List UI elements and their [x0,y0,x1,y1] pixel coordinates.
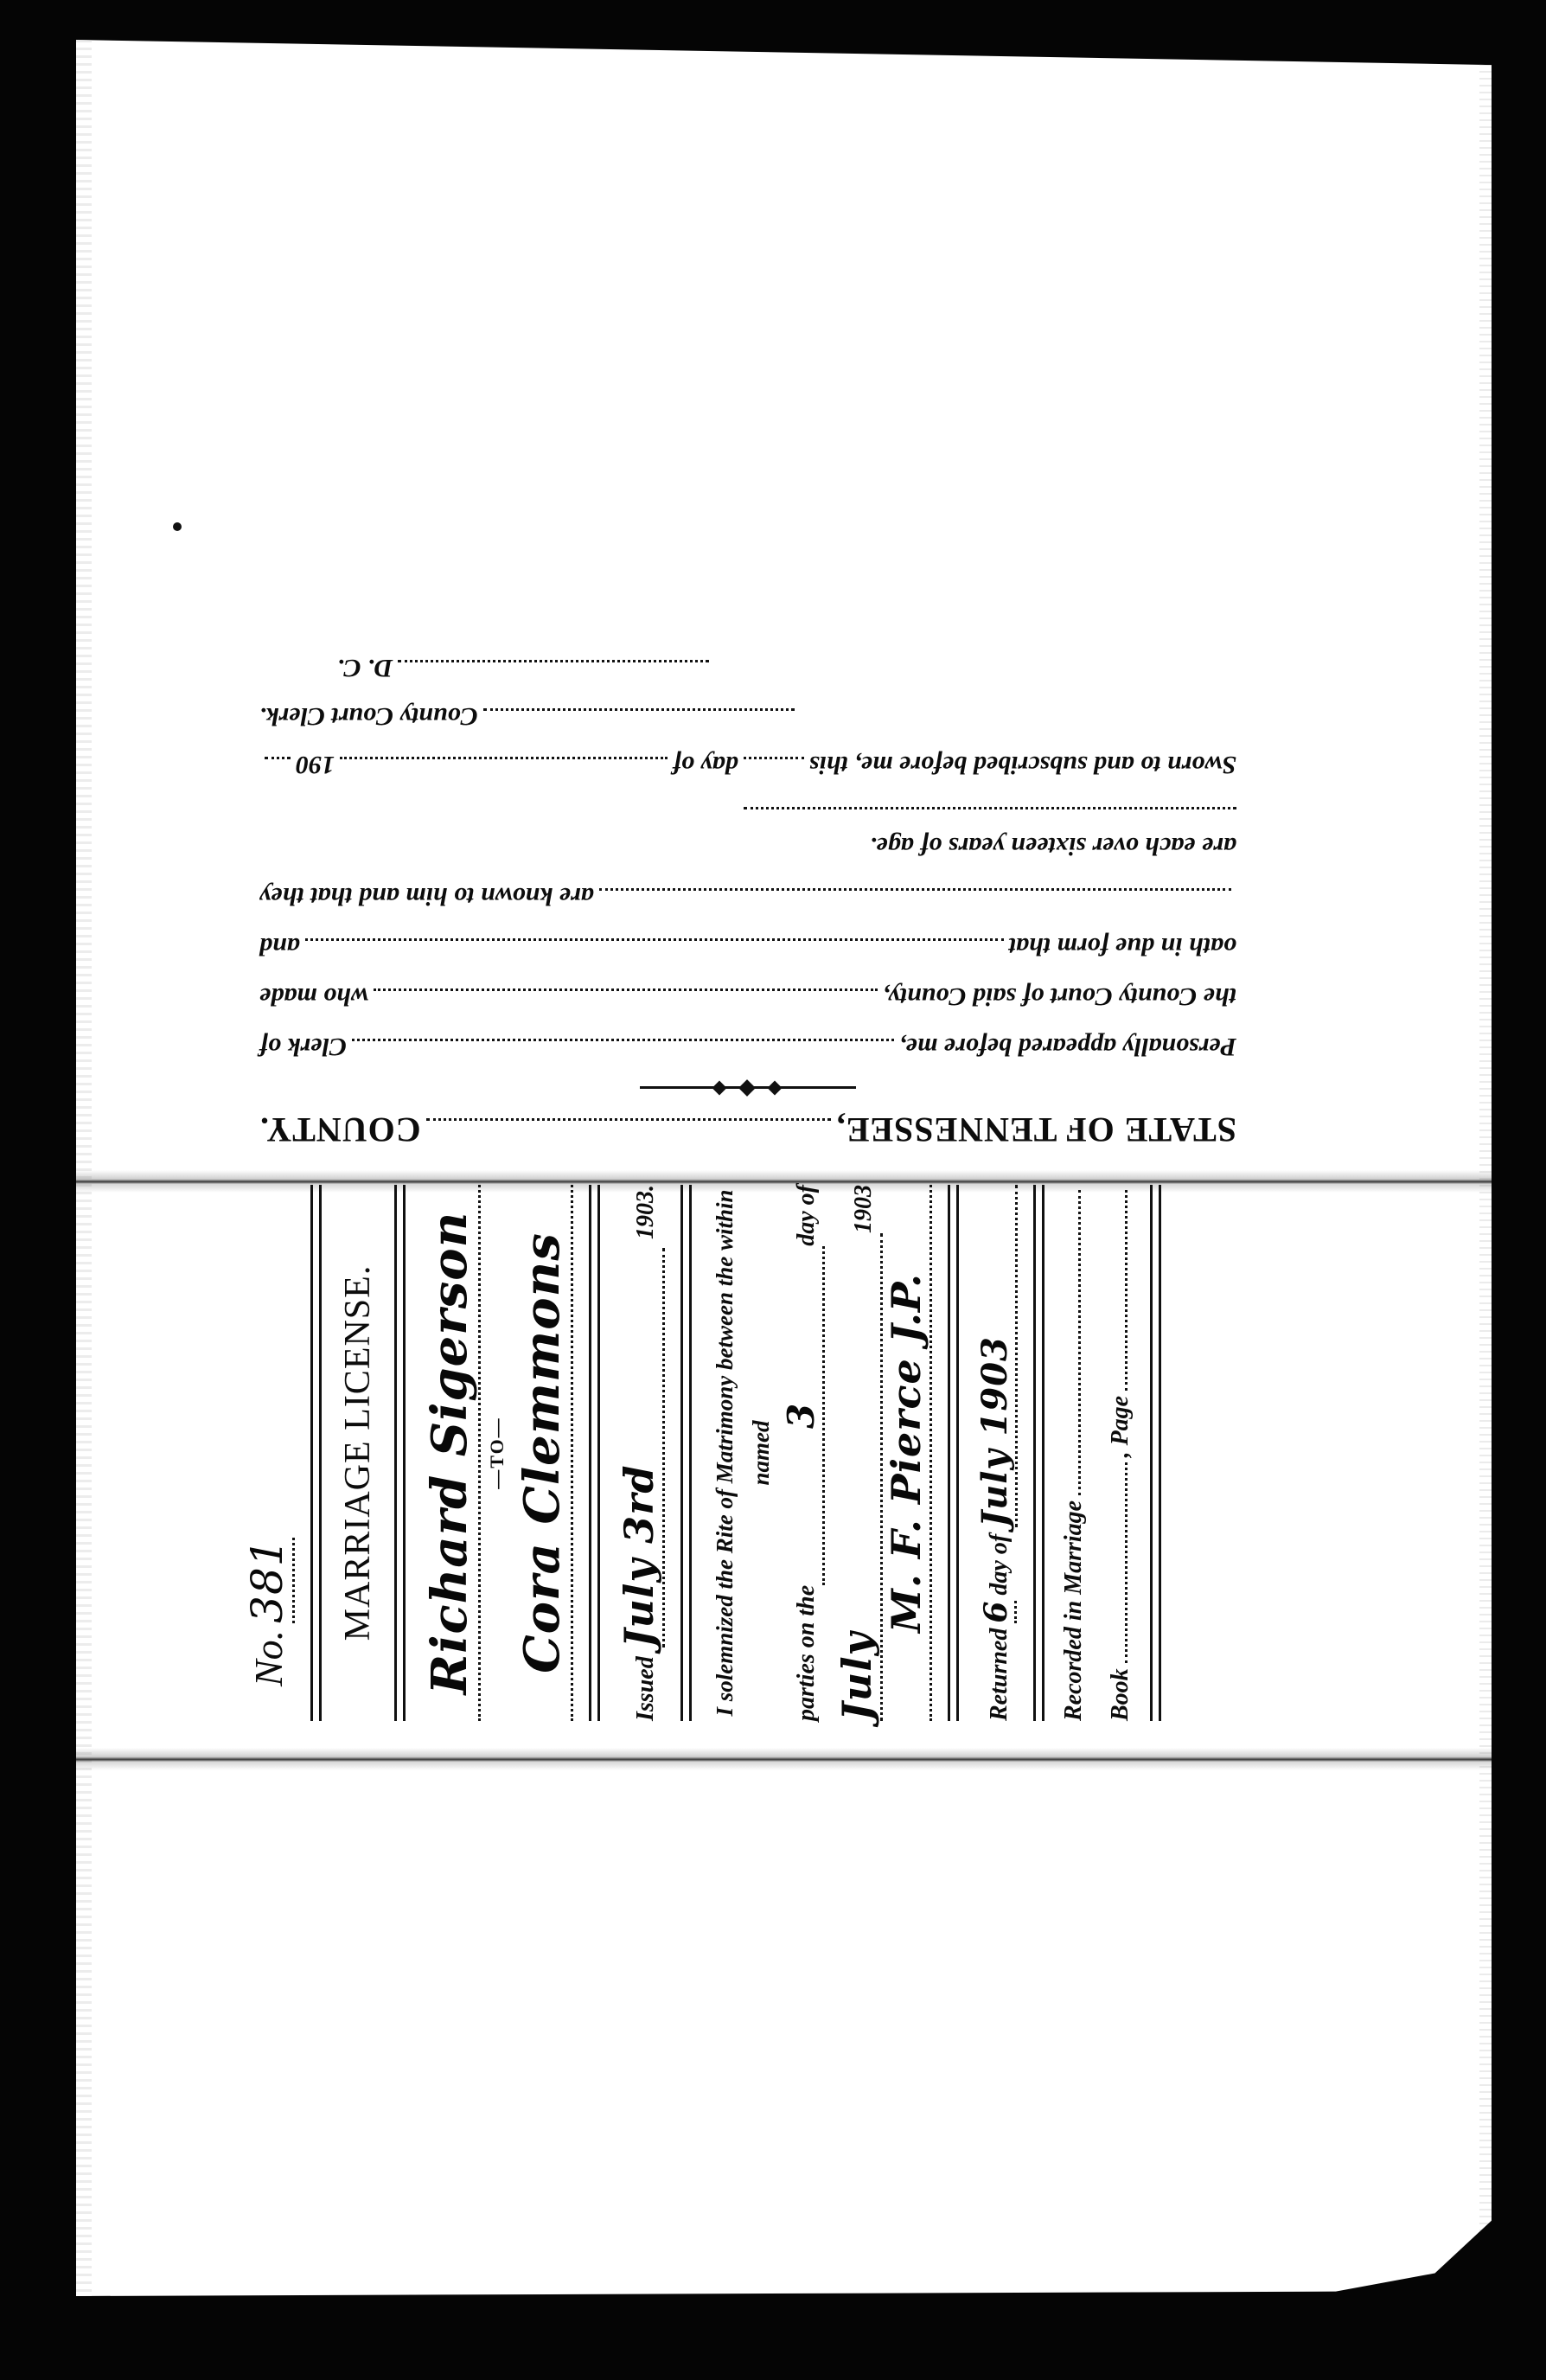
returned-day-of: day of [986,1534,1013,1596]
book-blank [1124,1462,1128,1663]
affidavit-text: oath in due form that [1009,931,1236,961]
recorded-blank [1077,1190,1081,1495]
clerk-name-blank [352,1039,894,1042]
issued-line: Issued July 3rd 1903. [616,1185,665,1721]
returned-day: 6 [978,1601,1017,1623]
affidavit-text: and [259,931,300,961]
day-of-label: day of [793,1185,821,1246]
affidavit-signature-line [259,800,1236,810]
license-docket: No. 381 MARRIAGE LICENSE. Richard Sigers… [251,1185,1323,1721]
double-rule [1033,1185,1045,1721]
party-two-blank [599,888,1231,892]
paper-edge-right [1479,57,1492,2345]
double-rule [1150,1185,1161,1721]
license-number: No. 381 [242,1185,295,1721]
double-rule [394,1185,406,1721]
sworn-text: day of [673,750,738,779]
affidavit-text: the County Court of said County, [883,982,1236,1011]
groom-line: Richard Sigerson [421,1185,481,1721]
officiant-signature: M. F. Pierce J.P. [883,1273,930,1633]
double-rule [680,1185,692,1721]
affidavit-text: are known to him and that they [259,881,594,911]
affidavit-text: Personally appeared before me, [899,1032,1236,1061]
recorded-label: Recorded in Marriage [1060,1500,1088,1721]
page-label: , Page [1107,1396,1134,1458]
solemnized-year: 1903 [850,1185,878,1233]
affiant-blank [374,988,878,992]
solemnized-month-line: July 1903 [834,1185,883,1721]
book-page-line: Book , Page [1107,1185,1134,1721]
bride-name: Cora Clemmons [514,1232,571,1673]
affiant-signature-blank [744,807,1236,810]
solemnized-month: July [834,1233,883,1721]
clerk-signature-blank [483,708,795,712]
license-number-label: No. [246,1630,291,1686]
parties-label: parties on the [793,1585,821,1721]
affidavit-line-3: oath in due form that and [259,931,1236,961]
issued-year: 1903. [632,1185,660,1239]
deputy-signature-blank [398,660,709,663]
affidavit-text: Clerk of [259,1032,347,1061]
state-label: STATE OF TENNESSEE, [836,1110,1236,1150]
issued-date: July 3rd [616,1248,665,1647]
returned-label: Returned [986,1628,1013,1721]
document-paper [76,40,1492,2328]
affidavit-text: who made [259,982,368,1011]
sworn-year: 190 [296,750,335,779]
affidavit-text: are each over sixteen years of age. [870,831,1236,861]
sworn-year-blank [265,757,291,760]
page-blank [1124,1190,1128,1391]
county-blank [426,1118,831,1122]
affidavit-line-5: are each over sixteen years of age. [259,831,1236,861]
double-rule [589,1185,600,1721]
clerk-signature-line: County Court Clerk. [259,701,1236,731]
double-rule [310,1185,322,1721]
solemnization-statement: I solemnized the Rite of Matrimony betwe… [707,1185,780,1721]
parties-line: parties on the 3 day of [780,1185,825,1721]
deputy-clerk-label: D. C. [337,653,393,682]
affidavit-line-1: Personally appeared before me, Clerk of [259,1032,1236,1061]
clerk-label: County Court Clerk. [259,701,478,731]
issued-label: Issued [632,1656,660,1721]
affidavit-section: STATE OF TENNESSEE, COUNTY. Personally a… [259,597,1236,1150]
returned-date: July 1903 [974,1185,1018,1527]
book-label: Book [1107,1668,1134,1721]
county-label: COUNTY. [259,1110,421,1150]
bride-line: Cora Clemmons [514,1185,573,1721]
affidavit-title: STATE OF TENNESSEE, COUNTY. [259,1110,1236,1150]
license-title: MARRIAGE LICENSE. [337,1185,379,1721]
solemnized-day: 3 [780,1246,825,1585]
sworn-day-blank [744,757,804,760]
affidavit-line-2: the County Court of said County, who mad… [259,982,1236,1011]
officiant-line: M. F. Pierce J.P. [883,1185,932,1721]
sworn-month-blank [340,757,668,760]
sworn-line: Sworn to and subscribed before me, this … [259,750,1236,779]
double-rule [948,1185,959,1721]
sworn-text: Sworn to and subscribed before me, this [809,750,1236,779]
fold-crease-lower [76,1748,1492,1770]
returned-line: Returned 6 day of July 1903 [974,1185,1018,1721]
affidavit-line-4: are known to him and that they [259,881,1236,911]
groom-name: Richard Sigerson [421,1212,478,1695]
license-number-value: 381 [242,1538,295,1622]
to-label: —TO— [486,1185,508,1721]
party-one-blank [305,938,1004,942]
ink-speck [173,522,182,531]
recorded-line: Recorded in Marriage [1060,1185,1088,1721]
ornament-divider [640,1082,856,1094]
deputy-signature-line: D. C. [259,653,1236,682]
